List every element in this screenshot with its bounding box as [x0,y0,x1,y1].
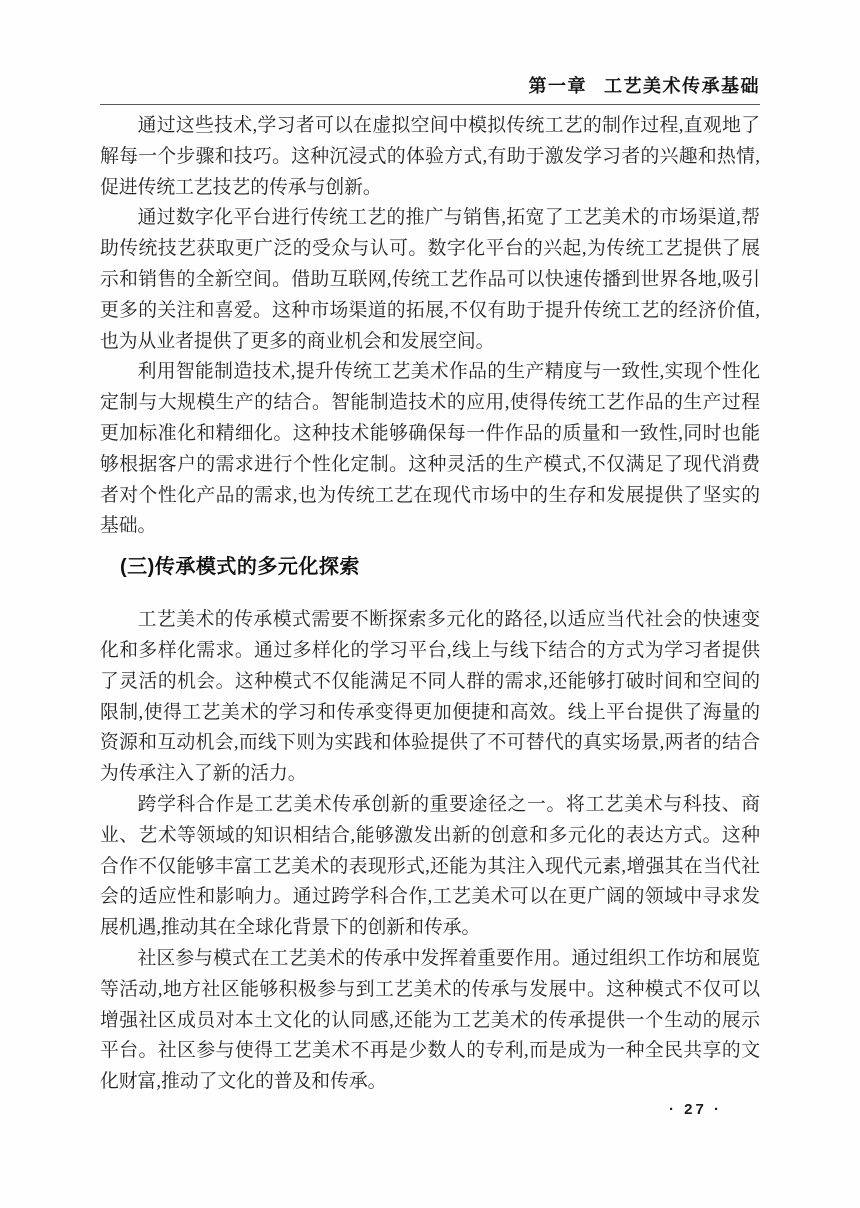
paragraph-5: 跨学科合作是工艺美术传承创新的重要途径之一。将工艺美术与科技、商业、艺术等领域的… [100,790,760,944]
paragraph-4: 工艺美术的传承模式需要不断探索多元化的路径,以适应当代社会的快速变化和多样化需求… [100,605,760,790]
page-header: 第一章工艺美术传承基础 [100,76,760,105]
chapter-label: 第一章 [529,76,588,96]
running-head: 第一章工艺美术传承基础 [100,76,760,97]
book-page: 第一章工艺美术传承基础 通过这些技术,学习者可以在虚拟空间中模拟传统工艺的制作过… [0,0,860,1208]
paragraph-2: 通过数字化平台进行传统工艺的推广与销售,拓宽了工艺美术的市场渠道,帮助传统技艺获… [100,203,760,357]
paragraph-6: 社区参与模式在工艺美术的传承中发挥着重要作用。通过组织工作坊和展览等活动,地方社… [100,944,760,1098]
page-footer: · 27 · [100,1101,760,1119]
page-body: 通过这些技术,学习者可以在虚拟空间中模拟传统工艺的制作过程,直观地了解每一个步骤… [100,111,760,1098]
paragraph-1: 通过这些技术,学习者可以在虚拟空间中模拟传统工艺的制作过程,直观地了解每一个步骤… [100,111,760,203]
paragraph-3: 利用智能制造技术,提升传统工艺美术作品的生产精度与一致性,实现个性化定制与大规模… [100,357,760,542]
chapter-title: 工艺美术传承基础 [604,76,760,96]
page-number: · 27 · [669,1101,722,1118]
section-heading: (三)传承模式的多元化探索 [100,550,760,584]
header-rule [100,104,760,105]
